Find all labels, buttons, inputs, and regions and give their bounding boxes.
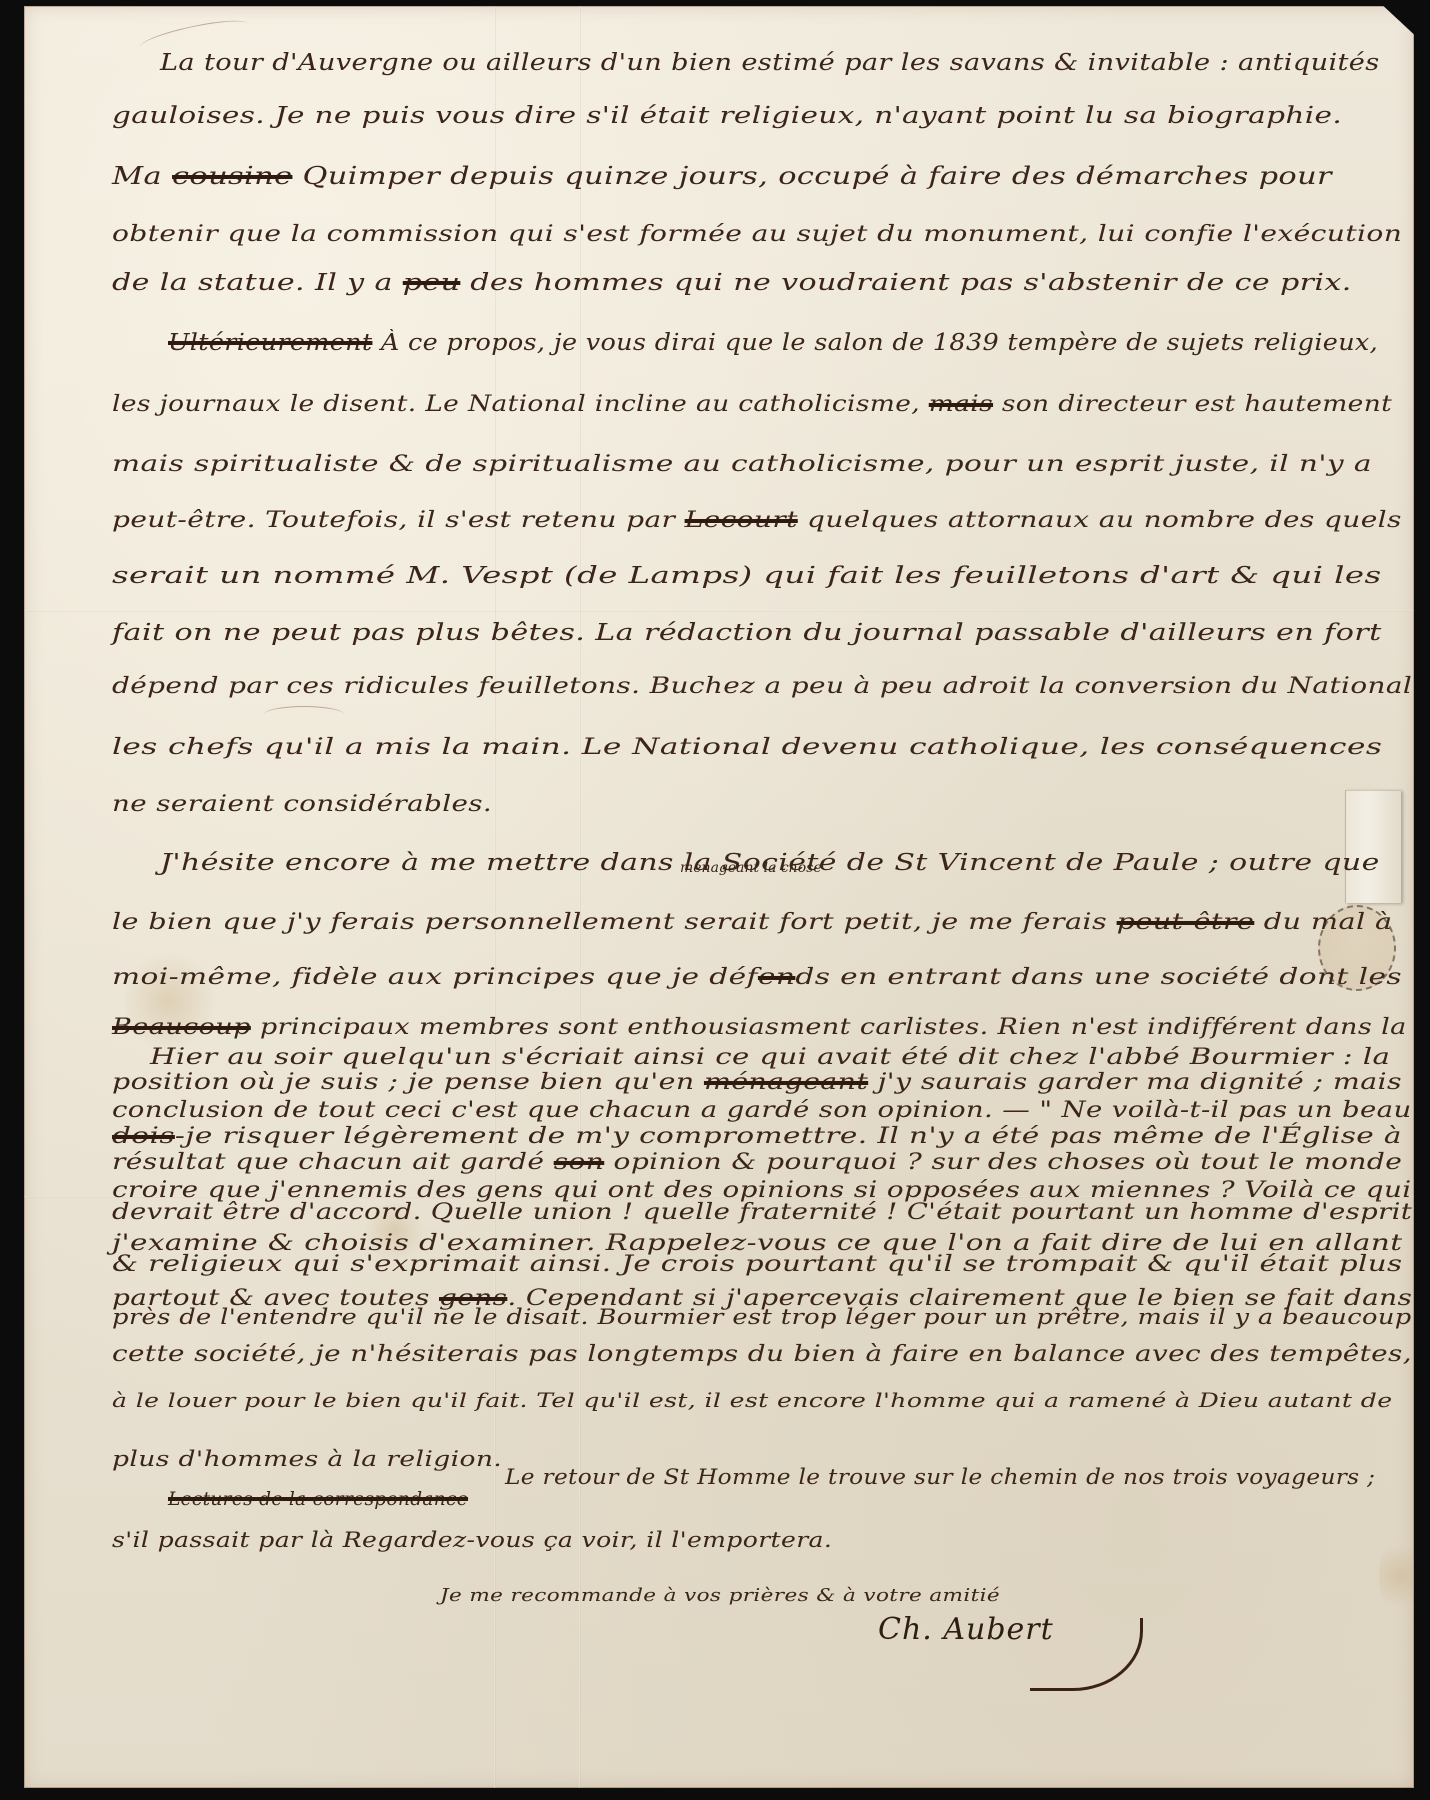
handwritten-line: gauloises. Je ne puis vous dire s'il éta… <box>112 103 1342 129</box>
handwritten-line: le bien que j'y ferais personnellement s… <box>112 910 1392 935</box>
handwritten-line: La tour d'Auvergne ou ailleurs d'un bien… <box>160 50 1380 76</box>
handwritten-line: dépend par ces ridicules feuilletons. Bu… <box>112 674 1412 699</box>
handwritten-line: devrait être d'accord. Quelle union ! qu… <box>112 1200 1412 1225</box>
handwritten-line: Lectures de la correspondance <box>168 1488 468 1510</box>
handwritten-line: dois-je risquer légèrement de m'y compro… <box>112 1124 1402 1149</box>
handwritten-line: Ma cousine Quimper depuis quinze jours, … <box>112 162 1332 190</box>
struck-word: cousine <box>172 162 292 190</box>
handwritten-line: Beaucoup principaux membres sont enthous… <box>112 1015 1407 1040</box>
foxing-stain <box>1379 1536 1419 1616</box>
handwritten-line: moi-même, fidèle aux principes que je dé… <box>112 965 1402 990</box>
handwritten-line: fait on ne peut pas plus bêtes. La rédac… <box>112 620 1382 646</box>
handwritten-line: Le retour de St Homme le trouve sur le c… <box>505 1465 1375 1489</box>
handwritten-line: à le louer pour le bien qu'il fait. Tel … <box>112 1388 1392 1412</box>
interlinear-insertion: ménageant la chose <box>680 860 822 876</box>
handwritten-line: s'il passait par là Regardez-vous ça voi… <box>112 1528 832 1552</box>
struck-word: mais <box>929 392 993 417</box>
struck-word: peu <box>403 270 461 296</box>
signature: Ch. Aubert <box>878 1612 1054 1647</box>
struck-word: dois <box>112 1124 175 1149</box>
handwritten-line: plus d'hommes à la religion. <box>112 1447 502 1471</box>
handwritten-line: peut-être. Toutefois, il s'est retenu pa… <box>112 508 1402 533</box>
struck-word: peut-être <box>1117 910 1255 935</box>
paper-fold-line <box>24 610 1414 612</box>
struck-word: Ultérieurement <box>168 330 372 356</box>
handwritten-line: & religieux qui s'exprimait ainsi. Je cr… <box>112 1252 1402 1277</box>
folded-paper-tab <box>1345 790 1401 903</box>
handwritten-line: Je me recommande à vos prières & à votre… <box>440 1585 1000 1606</box>
handwritten-line: serait un nommé M. Vespt (de Lamps) qui … <box>112 563 1382 589</box>
handwritten-line: résultat que chacun ait gardé son opinio… <box>112 1150 1402 1175</box>
struck-word: son <box>554 1150 605 1175</box>
struck-word: Beaucoup <box>112 1015 251 1040</box>
struck-word: en <box>758 965 795 990</box>
struck-word: Lecourt <box>685 508 798 533</box>
struck-word: ménageant <box>704 1070 868 1095</box>
handwritten-line: mais spiritualiste & de spiritualisme au… <box>112 452 1372 477</box>
handwritten-line: cette société, je n'hésiterais pas longt… <box>112 1342 1412 1367</box>
handwritten-line: conclusion de tout ceci c'est que chacun… <box>112 1098 1412 1123</box>
handwritten-line: Ultérieurement À ce propos, je vous dira… <box>168 330 1378 356</box>
pencil-mark <box>264 706 344 723</box>
handwritten-line: les journaux le disent. Le National incl… <box>112 392 1392 417</box>
handwritten-line: près de l'entendre qu'il ne le disait. B… <box>112 1305 1412 1329</box>
handwritten-line: ne seraient considérables. <box>112 792 492 817</box>
handwritten-line: les chefs qu'il a mis la main. Le Nation… <box>112 735 1382 760</box>
handwritten-line: Hier au soir quelqu'un s'écriait ainsi c… <box>150 1045 1390 1070</box>
handwritten-line: position où je suis ; je pense bien qu'e… <box>112 1070 1402 1095</box>
handwritten-line: obtenir que la commission qui s'est form… <box>112 222 1402 247</box>
handwritten-line: de la statue. Il y a peu des hommes qui … <box>112 270 1352 296</box>
